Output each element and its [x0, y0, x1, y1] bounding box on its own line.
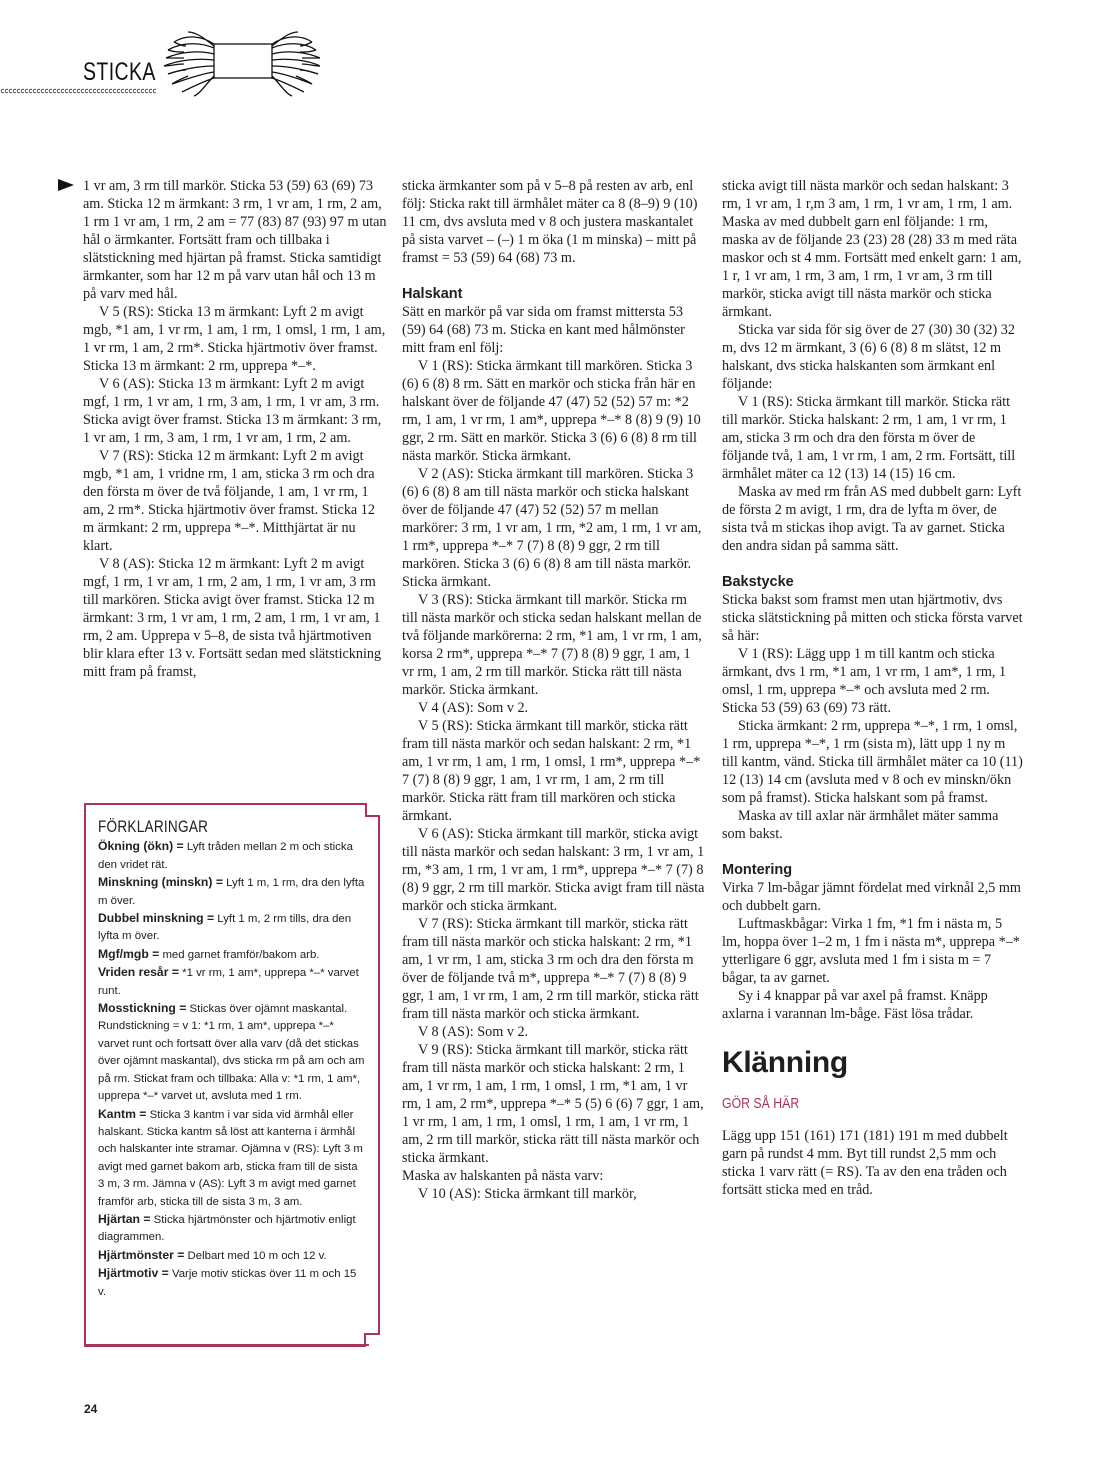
continuation-arrow-icon [58, 179, 74, 191]
column-1: 1 vr am, 3 rm till markör. Sticka 53 (59… [83, 177, 388, 681]
glossary-entry: Kantm = Sticka 3 kantm i var sida vid är… [98, 1106, 366, 1211]
paragraph: V 1 (RS): Lägg upp 1 m till kantm och st… [722, 645, 1024, 717]
paragraph: Sticka ärmkant: 2 rm, upprepa *–*, 1 rm,… [722, 717, 1024, 807]
column-3: sticka avigt till nästa markör och sedan… [722, 177, 1024, 1199]
glossary-entry: Vriden resår = *1 vr rm, 1 am*, upprepa … [98, 964, 366, 1000]
glossary-term: Minskning (minskn) = [98, 875, 223, 889]
paragraph: Maska av halskanten på nästa varv: [402, 1167, 705, 1185]
row-instruction: V 1 (RS): Sticka ärmkant till markören. … [402, 357, 705, 465]
wavy-divider [0, 88, 156, 94]
paragraph: Sy i 4 knappar på var axel på framst. Kn… [722, 987, 1024, 1023]
paragraph: Maska av med rm från AS med dubbelt garn… [722, 483, 1024, 555]
paragraph: Sticka bakst som framst men utan hjärtmo… [722, 591, 1024, 645]
row-instruction: V 2 (AS): Sticka ärmkant till markören. … [402, 465, 705, 591]
glossary-entry: Dubbel minskning = Lyft 1 m, 2 rm tills,… [98, 910, 366, 946]
glossary-entry: Hjärtmotiv = Varje motiv stickas över 11… [98, 1265, 366, 1301]
glossary-box-border [84, 1345, 366, 1347]
paragraph: Virka 7 lm-bågar jämnt fördelat med virk… [722, 879, 1024, 915]
paragraph: sticka ärmkanter som på v 5–8 på resten … [402, 177, 705, 267]
heading-bakstycke: Bakstycke [722, 573, 1024, 591]
glossary-term: Ökning (ökn) = [98, 839, 184, 853]
paragraph: V 1 (RS): Sticka ärmkant till markör. St… [722, 393, 1024, 483]
subheading-gor-sa-har: GÖR SÅ HÄR [722, 1095, 970, 1113]
glossary-term: Hjärtan = [98, 1212, 151, 1226]
paragraph: Sätt en markör på var sida om framst mit… [402, 303, 705, 357]
row-instruction: V 3 (RS): Sticka ärmkant till markör. St… [402, 591, 705, 699]
heading-klanning: Klänning [722, 1045, 1024, 1081]
paragraph: V 8 (AS): Sticka 12 m ärmkant: Lyft 2 m … [83, 555, 388, 681]
paragraph: Sticka var sida för sig över de 27 (30) … [722, 321, 1024, 393]
heading-montering: Montering [722, 861, 1024, 879]
page-header: STICKA [0, 0, 400, 110]
paragraph: Maska av till axlar när ärmhålet mäter s… [722, 807, 1024, 843]
glossary-term: Kantm = [98, 1107, 146, 1121]
glossary-term: Mgf/mgb = [98, 947, 159, 961]
glossary-definition: Delbart med 10 m och 12 v. [184, 1250, 326, 1262]
glossary-definition: Sticka 3 kantm i var sida vid ärmhål ell… [98, 1109, 363, 1208]
row-instruction: V 9 (RS): Sticka ärmkant till markör, st… [402, 1041, 705, 1167]
row-instruction: V 6 (AS): Sticka ärmkant till markör, st… [402, 825, 705, 915]
paragraph: Lägg upp 151 (161) 171 (181) 191 m med d… [722, 1127, 1024, 1199]
glossary-content: FÖRKLARINGAR Ökning (ökn) = Lyft tråden … [98, 818, 366, 1301]
glossary-entry: Mgf/mgb = med garnet framför/bakom arb. [98, 946, 366, 964]
glossary-entry: Ökning (ökn) = Lyft tråden mellan 2 m oc… [98, 838, 366, 874]
paragraph: V 7 (RS): Sticka 12 m ärmkant: Lyft 2 m … [83, 447, 388, 555]
glossary-term: Hjärtmotiv = [98, 1266, 169, 1280]
paragraph: V 5 (RS): Sticka 13 m ärmkant: Lyft 2 m … [83, 303, 388, 375]
row-instruction: V 4 (AS): Som v 2. [402, 699, 705, 717]
paragraph: Luftmaskbågar: Virka 1 fm, *1 fm i nästa… [722, 915, 1024, 987]
yarn-skein-icon [162, 28, 322, 100]
row-instruction: V 10 (AS): Sticka ärmkant till markör, [402, 1185, 705, 1203]
paragraph: sticka avigt till nästa markör och sedan… [722, 177, 1024, 321]
glossary-entry: Minskning (minskn) = Lyft 1 m, 1 rm, dra… [98, 874, 366, 910]
glossary-definition: Stickas över ojämnt maskantal. Rundstick… [98, 1003, 365, 1102]
glossary-title: FÖRKLARINGAR [98, 818, 312, 835]
glossary-box-border [378, 815, 380, 1335]
heading-halskant: Halskant [402, 285, 705, 303]
glossary-entry: Hjärtan = Sticka hjärtmönster och hjärtm… [98, 1211, 366, 1247]
row-instruction: V 7 (RS): Sticka ärmkant till markör, st… [402, 915, 705, 1023]
glossary-term: Hjärtmönster = [98, 1248, 184, 1262]
glossary-entry: Mosstickning = Stickas över ojämnt maska… [98, 1000, 366, 1105]
glossary-box-border [364, 1333, 380, 1335]
glossary-term: Vriden resår = [98, 965, 179, 979]
paragraph: 1 vr am, 3 rm till markör. Sticka 53 (59… [83, 177, 388, 303]
row-instruction: V 5 (RS): Sticka ärmkant till markör, st… [402, 717, 705, 825]
column-2: sticka ärmkanter som på v 5–8 på resten … [402, 177, 705, 1203]
glossary-entry: Hjärtmönster = Delbart med 10 m och 12 v… [98, 1247, 366, 1265]
paragraph: V 6 (AS): Sticka 13 m ärmkant: Lyft 2 m … [83, 375, 388, 447]
glossary-term: Mosstickning = [98, 1001, 186, 1015]
section-label: STICKA [83, 58, 156, 87]
glossary-definition: med garnet framför/bakom arb. [159, 949, 319, 961]
glossary-term: Dubbel minskning = [98, 911, 214, 925]
page-number: 24 [84, 1402, 97, 1416]
row-instruction: V 8 (AS): Som v 2. [402, 1023, 705, 1041]
